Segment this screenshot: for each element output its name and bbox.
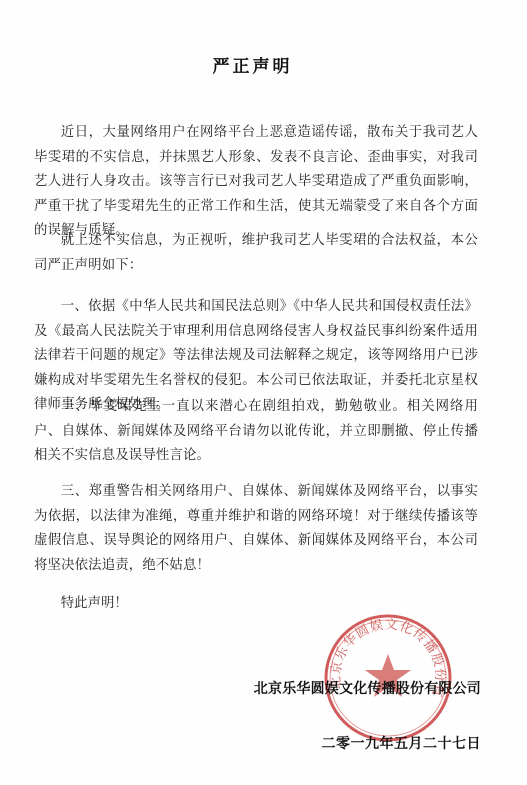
- paragraph-point-two: 二、毕雯珺先生一直以来潜心在剧组拍戏，勤勉敬业。相关网络用户、自媒体、新闻媒体及…: [34, 395, 478, 469]
- paragraph-text: 就上述不实信息，为正视听，维护我司艺人毕雯珺的合法权益，本公司严正声明如下：: [34, 229, 478, 278]
- paragraph-intro: 近日，大量网络用户在网络平台上恶意造谣传谣，散布关于我司艺人毕雯珺的不实信息，并…: [34, 121, 478, 244]
- paragraph-statement-lead: 就上述不实信息，为正视听，维护我司艺人毕雯珺的合法权益，本公司严正声明如下：: [34, 229, 478, 278]
- paragraph-text: 近日，大量网络用户在网络平台上恶意造谣传谣，散布关于我司艺人毕雯珺的不实信息，并…: [34, 121, 478, 244]
- document-title: 严正声明: [0, 52, 505, 77]
- paragraph-text: 二、毕雯珺先生一直以来潜心在剧组拍戏，勤勉敬业。相关网络用户、自媒体、新闻媒体及…: [34, 395, 478, 469]
- closing-line: 特此声明！: [34, 592, 234, 617]
- company-signature: 北京乐华圆娱文化传播股份有限公司: [254, 678, 481, 698]
- document-page: 严正声明 近日，大量网络用户在网络平台上恶意造谣传谣，散布关于我司艺人毕雯珺的不…: [0, 0, 527, 785]
- paragraph-point-three: 三、郑重警告相关网络用户、自媒体、新闻媒体及网络平台，以事实为依据，以法律为准绳…: [34, 480, 478, 578]
- paragraph-text: 三、郑重警告相关网络用户、自媒体、新闻媒体及网络平台，以事实为依据，以法律为准绳…: [34, 480, 478, 578]
- document-date: 二零一九年五月二十七日: [322, 733, 482, 753]
